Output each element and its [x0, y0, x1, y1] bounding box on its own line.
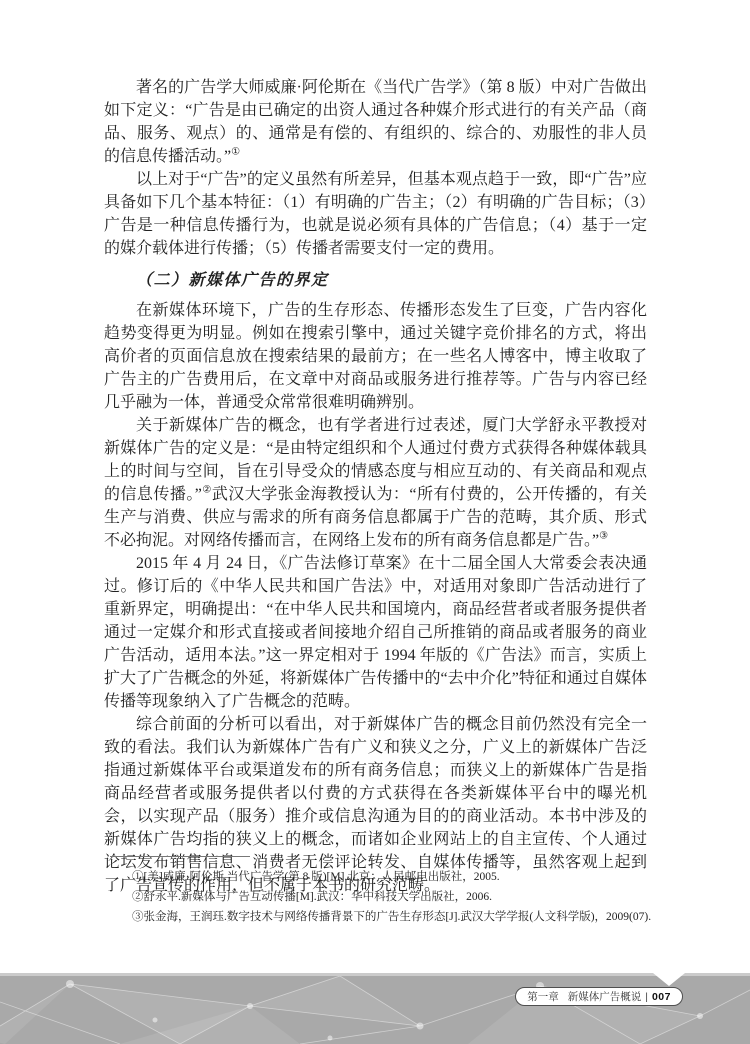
body-text: 著名的广告学大师威廉·阿伦斯在《当代广告学》（第 8 版）中对广告做出如下定义：… [104, 76, 647, 897]
chapter-title: 新媒体广告概说 [568, 989, 642, 1004]
paragraph-ad-features: 以上对于“广告”的定义虽然有所差异，但基本观点趋于一致，即“广告”应具备如下几个… [104, 168, 647, 260]
footnotes-block: ①[美]威廉·阿伦斯.当代广告学(第 8 版)[M].北京：人民邮电出版社，20… [110, 856, 650, 927]
footer-pill: 第一章 新媒体广告概说 | 007 [515, 987, 683, 1006]
paragraph-text: 著名的广告学大师威廉·阿伦斯在《当代广告学》（第 8 版）中对广告做出如下定义：… [104, 79, 647, 165]
footer-band: 第一章 新媒体广告概说 | 007 [0, 973, 750, 1044]
footnote-ref-1: ① [231, 147, 240, 158]
page-number: 007 [652, 991, 671, 1003]
paragraph-new-media-environment: 在新媒体环境下，广告的生存形态、传播形态发生了巨变，广告内容化趋势变得更为明显。… [104, 299, 647, 414]
paragraph-scholar-definitions: 关于新媒体广告的概念，也有学者进行过表述，厦门大学舒永平教授对新媒体广告的定义是… [104, 414, 647, 552]
footnote: ②舒永平.新媒体与广告互动传播[M].武汉：华中科技大学出版社，2006. [110, 887, 650, 907]
chapter-label: 第一章 [527, 989, 559, 1004]
paragraph-definition-arens: 著名的广告学大师威廉·阿伦斯在《当代广告学》（第 8 版）中对广告做出如下定义：… [104, 76, 647, 168]
paragraph-advertising-law: 2015 年 4 月 24 日，《广告法修订草案》在十二届全国人大常委会表决通过… [104, 552, 647, 713]
section-heading: （二）新媒体广告的界定 [104, 269, 647, 292]
footnote-ref-2: ② [202, 485, 212, 496]
footnote-ref-3: ③ [599, 531, 608, 542]
footer-notch [653, 973, 685, 986]
footnote: ③张金海，王润珏.数字技术与网络传播背景下的广告生存形态[J].武汉大学学报(人… [110, 907, 650, 927]
book-page: 著名的广告学大师威廉·阿伦斯在《当代广告学》（第 8 版）中对广告做出如下定义：… [0, 0, 750, 1044]
footnote-divider [110, 856, 250, 857]
separator: | [645, 991, 648, 1003]
footnote: ①[美]威廉·阿伦斯.当代广告学(第 8 版)[M].北京：人民邮电出版社，20… [110, 867, 650, 887]
